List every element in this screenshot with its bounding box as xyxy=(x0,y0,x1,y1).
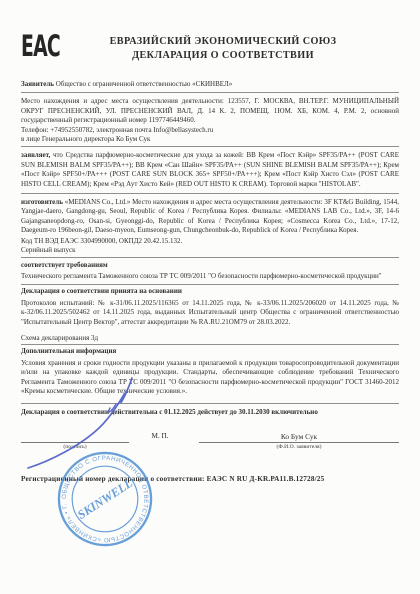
validity-line: Декларация о соответствии действительна … xyxy=(21,408,399,417)
signatory-area: Ко Бум Сук (Ф.И.О. заявителя) xyxy=(199,432,399,451)
applicant-label: Заявитель xyxy=(21,80,54,88)
company-stamp: ОБЩЕСТВО С ОГРАНИЧЕННОЙ ОТВЕТСТВЕННОСТЬЮ… xyxy=(56,450,154,551)
customs-codes-line: Код ТН ВЭД ЕАЭС 3304990000, ОКПД2 20.42.… xyxy=(21,237,399,246)
title-line-union: ЕВРАЗИЙСКИЙ ЭКОНОМИЧЕСКИЙ СОЮЗ xyxy=(67,35,379,49)
stamp-graphic: ОБЩЕСТВО С ОГРАНИЧЕННОЙ ОТВЕТСТВЕННОСТЬЮ… xyxy=(56,450,154,548)
manufacturer-value: «MEDIANS Co., Ltd.» Место нахождения и а… xyxy=(21,198,399,234)
registration-number-line: Регистрационный номер декларации о соотв… xyxy=(21,475,399,484)
applicant-address: Место нахождения и адрес места осуществл… xyxy=(21,97,399,125)
scheme-line: Схема декларирования 3д xyxy=(21,334,399,345)
eac-logo-icon: ЕАС xyxy=(21,30,67,66)
products-list: что Средства парфюмерно-косметические дл… xyxy=(21,151,399,187)
representative-line: в лице Генерального директора Ко Бум Сук xyxy=(21,135,399,147)
applicant-contacts: Телефон: +74952550782, электронная почта… xyxy=(21,126,399,135)
signatory-caption: (Ф.И.О. заявителя) xyxy=(199,443,399,451)
manufacturer-label: изготовитель xyxy=(21,198,63,206)
signature-block: (подпись) М. П. Ко Бум Сук (Ф.И.О. заяви… xyxy=(21,432,399,451)
declares-label: заявляет, xyxy=(21,151,50,159)
registration-label: Регистрационный номер декларации о соотв… xyxy=(21,475,205,483)
protocols-paragraph: Протоколов испытаний: № к-31/06.11.2025/… xyxy=(21,299,399,327)
stamp-ring-text: ОБЩЕСТВО С ОГРАНИЧЕННОЙ ОТВЕТСТВЕННОСТЬЮ… xyxy=(56,450,148,542)
products-paragraph: заявляет, что Средства парфюмерно-космет… xyxy=(21,151,399,194)
stamp-place-label: М. П. xyxy=(129,432,191,451)
signature-caption: (подпись) xyxy=(21,443,129,451)
regulation-paragraph: Технического регламента Таможенного союз… xyxy=(21,272,399,285)
registration-value: ЕАЭС N RU Д-KR.РА11.В.12728/25 xyxy=(205,475,325,483)
signature-line xyxy=(21,433,129,443)
signatory-name: Ко Бум Сук xyxy=(199,432,399,443)
additional-paragraph: Условия хранения и сроки годности продук… xyxy=(21,359,399,405)
document-title: ЕВРАЗИЙСКИЙ ЭКОНОМИЧЕСКИЙ СОЮЗ ДЕКЛАРАЦИ… xyxy=(67,30,399,63)
additional-heading: Дополнительная информация xyxy=(21,347,399,356)
declaration-document: ЕАС ЕВРАЗИЙСКИЙ ЭКОНОМИЧЕСКИЙ СОЮЗ ДЕКЛА… xyxy=(0,0,420,594)
manufacturer-paragraph: изготовитель «MEDIANS Co., Ltd.» Место н… xyxy=(21,198,399,236)
applicant-value: Общество с ограниченной ответственностью… xyxy=(54,80,232,88)
signature-area: (подпись) xyxy=(21,433,129,451)
stamp-outer-ring xyxy=(59,453,151,545)
issue-type-line: Серийный выпуск xyxy=(21,246,399,257)
document-header: ЕАС ЕВРАЗИЙСКИЙ ЭКОНОМИЧЕСКИЙ СОЮЗ ДЕКЛА… xyxy=(21,30,399,66)
basis-heading: Декларация о соответствии принята на осн… xyxy=(21,287,399,296)
applicant-line: Заявитель Общество с ограниченной ответс… xyxy=(21,80,399,93)
title-line-declaration: ДЕКЛАРАЦИЯ О СООТВЕТСТВИИ xyxy=(67,49,379,63)
conformity-heading: соответствует требованиям xyxy=(21,261,399,270)
